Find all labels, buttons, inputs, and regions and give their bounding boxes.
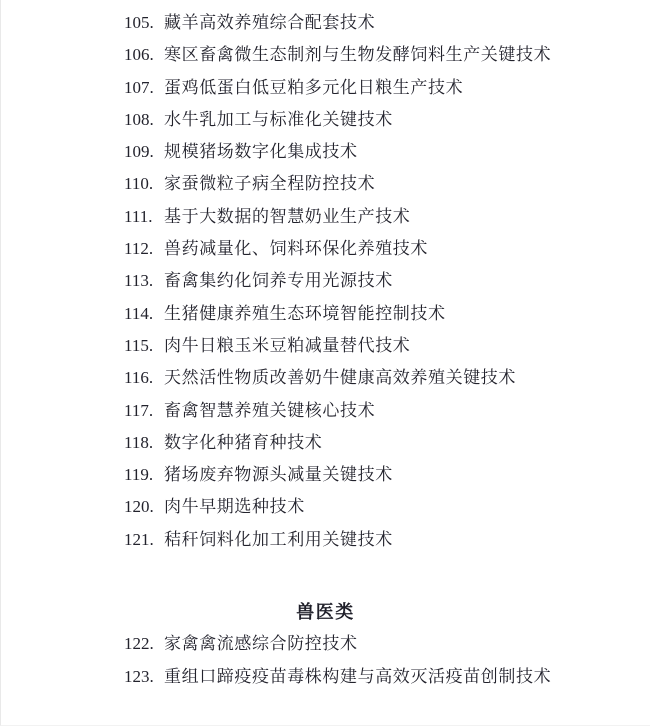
list-item: 122. 家禽禽流感综合防控技术	[1, 628, 650, 660]
list-item: 115. 肉牛日粮玉米豆粕减量替代技术	[1, 330, 650, 362]
item-text: 肉牛早期选种技术	[164, 491, 305, 523]
list-item: 105. 藏羊高效养殖综合配套技术	[1, 7, 650, 39]
item-text: 肉牛日粮玉米豆粕减量替代技术	[164, 330, 410, 362]
item-number: 111.	[124, 201, 164, 233]
list-item: 112. 兽药减量化、饲料环保化养殖技术	[1, 233, 650, 265]
list-item: 108. 水牛乳加工与标准化关键技术	[1, 104, 650, 136]
item-text: 水牛乳加工与标准化关键技术	[164, 104, 393, 136]
item-text: 蛋鸡低蛋白低豆粕多元化日粮生产技术	[164, 72, 463, 104]
item-text: 生猪健康养殖生态环境智能控制技术	[164, 298, 446, 330]
item-text: 规模猪场数字化集成技术	[164, 136, 358, 168]
item-number: 112.	[124, 233, 164, 265]
list-item: 120. 肉牛早期选种技术	[1, 491, 650, 523]
item-number: 122.	[124, 628, 164, 660]
list-item: 107. 蛋鸡低蛋白低豆粕多元化日粮生产技术	[1, 72, 650, 104]
item-number: 117.	[124, 395, 164, 427]
section-header-veterinary: 兽医类	[1, 596, 650, 628]
item-text: 兽药减量化、饲料环保化养殖技术	[164, 233, 428, 265]
item-number: 120.	[124, 491, 164, 523]
item-number: 116.	[124, 362, 164, 394]
list-item: 119. 猪场废弃物源头减量关键技术	[1, 459, 650, 491]
item-number: 114.	[124, 298, 164, 330]
item-number: 105.	[124, 7, 164, 39]
item-text: 数字化种猪育种技术	[164, 427, 322, 459]
item-text: 基于大数据的智慧奶业生产技术	[164, 201, 410, 233]
item-number: 109.	[124, 136, 164, 168]
item-number: 123.	[124, 661, 164, 693]
item-text: 天然活性物质改善奶牛健康高效养殖关键技术	[164, 362, 516, 394]
item-text: 秸秆饲料化加工利用关键技术	[164, 524, 393, 556]
item-text: 家禽禽流感综合防控技术	[164, 628, 358, 660]
item-text: 重组口蹄疫疫苗毒株构建与高效灭活疫苗创制技术	[164, 661, 551, 693]
item-number: 113.	[124, 265, 164, 297]
list-item: 121. 秸秆饲料化加工利用关键技术	[1, 524, 650, 556]
list-item: 111. 基于大数据的智慧奶业生产技术	[1, 201, 650, 233]
list-item: 117. 畜禽智慧养殖关键核心技术	[1, 395, 650, 427]
item-number: 121.	[124, 524, 164, 556]
item-number: 115.	[124, 330, 164, 362]
item-text: 猪场废弃物源头减量关键技术	[164, 459, 393, 491]
list-item: 113. 畜禽集约化饲养专用光源技术	[1, 265, 650, 297]
item-number: 110.	[124, 168, 164, 200]
item-number: 119.	[124, 459, 164, 491]
list-item: 123. 重组口蹄疫疫苗毒株构建与高效灭活疫苗创制技术	[1, 661, 650, 693]
item-number: 118.	[124, 427, 164, 459]
item-number: 108.	[124, 104, 164, 136]
list-item: 110. 家蚕微粒子病全程防控技术	[1, 168, 650, 200]
document-page: 105. 藏羊高效养殖综合配套技术 106. 寒区畜禽微生态制剂与生物发酵饲料生…	[1, 0, 650, 693]
item-text: 寒区畜禽微生态制剂与生物发酵饲料生产关键技术	[164, 39, 551, 71]
item-text: 家蚕微粒子病全程防控技术	[164, 168, 375, 200]
item-text: 畜禽智慧养殖关键核心技术	[164, 395, 375, 427]
list-item: 116. 天然活性物质改善奶牛健康高效养殖关键技术	[1, 362, 650, 394]
list-item: 109. 规模猪场数字化集成技术	[1, 136, 650, 168]
list-item: 118. 数字化种猪育种技术	[1, 427, 650, 459]
item-number: 106.	[124, 39, 164, 71]
item-number: 107.	[124, 72, 164, 104]
list-item: 114. 生猪健康养殖生态环境智能控制技术	[1, 298, 650, 330]
item-text: 畜禽集约化饲养专用光源技术	[164, 265, 393, 297]
item-text: 藏羊高效养殖综合配套技术	[164, 7, 375, 39]
list-item: 106. 寒区畜禽微生态制剂与生物发酵饲料生产关键技术	[1, 39, 650, 71]
